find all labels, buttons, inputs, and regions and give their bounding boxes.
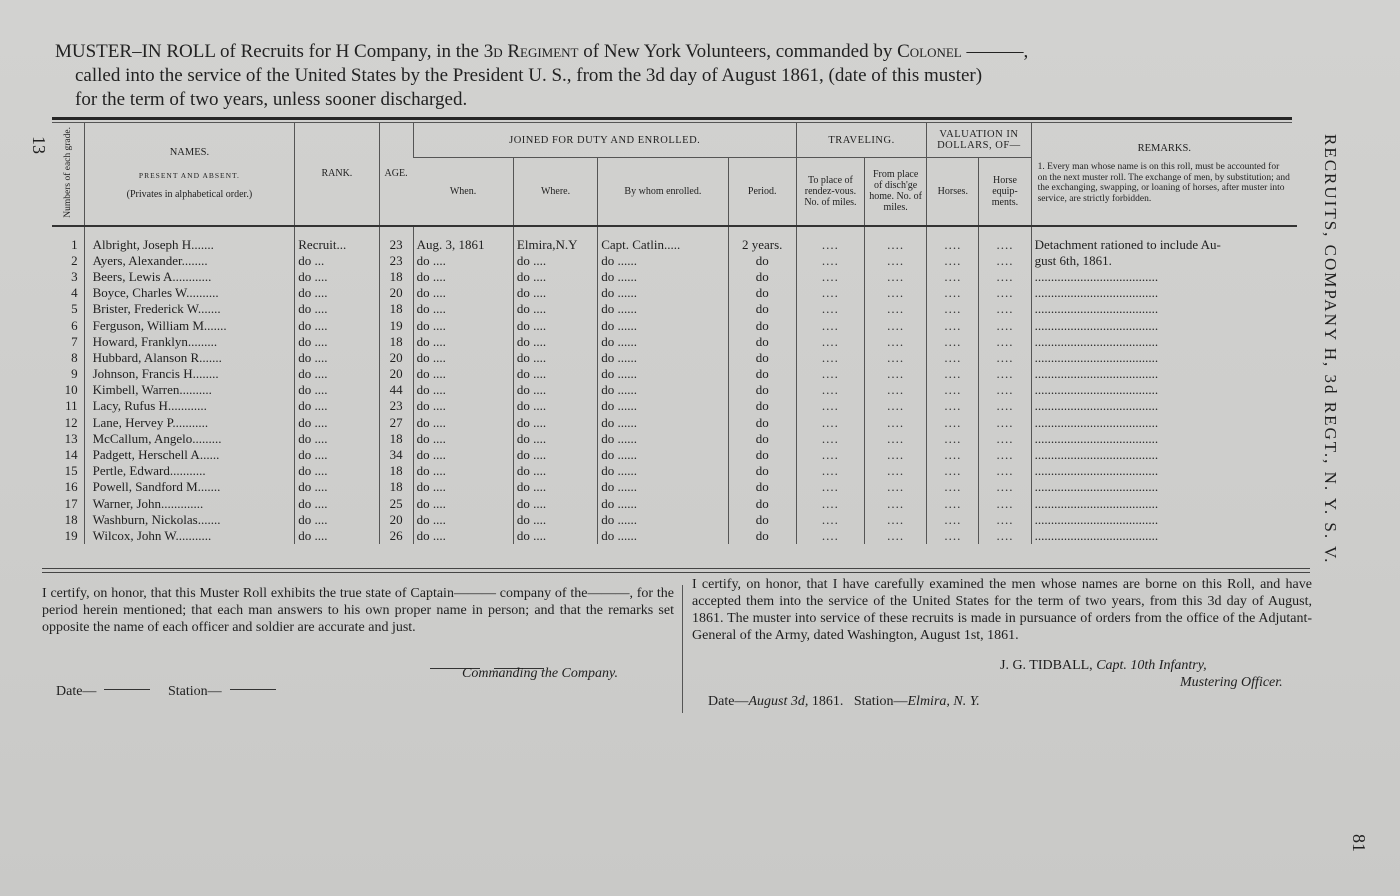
remarks-cell: ...................................... (1031, 382, 1297, 398)
horses-cell: .... (927, 479, 979, 495)
period-cell: do (728, 415, 796, 431)
rank-cell: do .... (295, 479, 379, 495)
title-text: of New York Volunteers, commanded by (579, 41, 898, 62)
soldier-name: Powell, Sandford M....... (84, 479, 295, 495)
where-cell: do .... (513, 479, 597, 495)
where-cell: Elmira,N.Y (513, 226, 597, 253)
from-place-cell: .... (865, 447, 927, 463)
enrolled-by-cell: do ...... (598, 317, 728, 333)
row-number: 2 (52, 253, 84, 269)
table-row: 15Pertle, Edward...........do ....18do .… (52, 463, 1297, 479)
to-place-cell: .... (796, 382, 864, 398)
table-bottom-rule-2 (42, 572, 1310, 573)
soldier-name: Kimbell, Warren.......... (84, 382, 295, 398)
table-row: 17Warner, John.............do ....25do .… (52, 496, 1297, 512)
enrolled-by-cell: do ...... (598, 301, 728, 317)
from-place-cell: .... (865, 496, 927, 512)
remarks-cell: ...................................... (1031, 285, 1297, 301)
horses-cell: .... (927, 334, 979, 350)
period-cell: do (728, 528, 796, 544)
from-place-cell: .... (865, 301, 927, 317)
when-cell: do .... (413, 301, 513, 317)
document-page: MUSTER–IN ROLL of Recruits for H Company… (0, 0, 1400, 896)
remarks-cell: gust 6th, 1861. (1031, 253, 1297, 269)
rank-cell: do .... (295, 382, 379, 398)
soldier-name: Washburn, Nickolas....... (84, 512, 295, 528)
remarks-cell: ...................................... (1031, 398, 1297, 414)
remarks-cell: ...................................... (1031, 269, 1297, 285)
period-cell: 2 years. (728, 226, 796, 253)
table-row: 11Lacy, Rufus H............do ....23do .… (52, 398, 1297, 414)
row-number: 7 (52, 334, 84, 350)
from-place-cell: .... (865, 415, 927, 431)
horse-equipment-cell: .... (979, 415, 1031, 431)
page-title: MUSTER–IN ROLL of Recruits for H Company… (55, 40, 1295, 112)
period-cell: do (728, 496, 796, 512)
header-remarks: REMARKS. 1. Every man whose name is on t… (1031, 123, 1297, 226)
from-place-cell: .... (865, 350, 927, 366)
period-cell: do (728, 285, 796, 301)
header-number: Numbers of each grade. (52, 123, 84, 226)
soldier-name: Brister, Frederick W....... (84, 301, 295, 317)
from-place-cell: .... (865, 398, 927, 414)
enrolled-by-cell: do ...... (598, 447, 728, 463)
row-number: 17 (52, 496, 84, 512)
row-number: 14 (52, 447, 84, 463)
to-place-cell: .... (796, 350, 864, 366)
period-cell: do (728, 512, 796, 528)
age-cell: 27 (379, 415, 413, 431)
horse-equipment-cell: .... (979, 317, 1031, 333)
table-row: 3Beers, Lewis A............do ....18do .… (52, 269, 1297, 285)
period-cell: do (728, 398, 796, 414)
age-cell: 18 (379, 269, 413, 285)
horses-cell: .... (927, 253, 979, 269)
row-number: 13 (52, 431, 84, 447)
header-by-whom: By whom enrolled. (598, 158, 728, 226)
age-cell: 20 (379, 366, 413, 382)
table-row: 8Hubbard, Alanson R.......do ....20do ..… (52, 350, 1297, 366)
horses-cell: .... (927, 447, 979, 463)
row-number: 9 (52, 366, 84, 382)
soldier-name: Albright, Joseph H....... (84, 226, 295, 253)
header-horse-equipments: Horse equip-ments. (979, 158, 1031, 226)
age-cell: 23 (379, 398, 413, 414)
left-page-number: 13 (28, 136, 49, 154)
when-cell: Aug. 3, 1861 (413, 226, 513, 253)
to-place-cell: .... (796, 496, 864, 512)
mustering-officer-role: Mustering Officer. (1180, 675, 1283, 691)
to-place-cell: .... (796, 415, 864, 431)
period-cell: do (728, 479, 796, 495)
to-place-cell: .... (796, 269, 864, 285)
age-cell: 44 (379, 382, 413, 398)
header-traveling-group: TRAVELING. (796, 123, 926, 158)
when-cell: do .... (413, 431, 513, 447)
where-cell: do .... (513, 317, 597, 333)
when-cell: do .... (413, 512, 513, 528)
to-place-cell: .... (796, 431, 864, 447)
when-cell: do .... (413, 463, 513, 479)
remarks-cell: ...................................... (1031, 301, 1297, 317)
header-valuation-group: VALUATION IN DOLLARS, OF— (927, 123, 1031, 158)
header-when: When. (413, 158, 513, 226)
enrolled-by-cell: do ...... (598, 398, 728, 414)
when-cell: do .... (413, 382, 513, 398)
to-place-cell: .... (796, 479, 864, 495)
horses-cell: .... (927, 350, 979, 366)
remarks-cell: ...................................... (1031, 334, 1297, 350)
soldier-name: Howard, Franklyn......... (84, 334, 295, 350)
rank-cell: Recruit... (295, 226, 379, 253)
horses-cell: .... (927, 317, 979, 333)
row-number: 6 (52, 317, 84, 333)
when-cell: do .... (413, 479, 513, 495)
soldier-name: McCallum, Angelo......... (84, 431, 295, 447)
horses-cell: .... (927, 269, 979, 285)
table-row: 19Wilcox, John W...........do ....26do .… (52, 528, 1297, 544)
to-place-cell: .... (796, 398, 864, 414)
age-cell: 23 (379, 253, 413, 269)
enrolled-by-cell: Capt. Catlin..... (598, 226, 728, 253)
where-cell: do .... (513, 496, 597, 512)
soldier-name: Hubbard, Alanson R....... (84, 350, 295, 366)
table-row: 10Kimbell, Warren..........do ....44do .… (52, 382, 1297, 398)
soldier-name: Lane, Hervey P........... (84, 415, 295, 431)
rank-cell: do .... (295, 431, 379, 447)
enrolled-by-cell: do ...... (598, 285, 728, 301)
from-place-cell: .... (865, 366, 927, 382)
row-number: 10 (52, 382, 84, 398)
enrolled-by-cell: do ...... (598, 463, 728, 479)
header-age: AGE. (379, 123, 413, 226)
from-place-cell: .... (865, 253, 927, 269)
title-line-2: called into the service of the United St… (55, 64, 1295, 88)
age-cell: 20 (379, 285, 413, 301)
to-place-cell: .... (796, 512, 864, 528)
table-bottom-rule (42, 568, 1310, 569)
title-text: MUSTER–IN ROLL of Recruits for H Company… (55, 41, 484, 62)
enrolled-by-cell: do ...... (598, 528, 728, 544)
when-cell: do .... (413, 496, 513, 512)
remarks-cell: ...................................... (1031, 528, 1297, 544)
horses-cell: .... (927, 415, 979, 431)
soldier-name: Boyce, Charles W.......... (84, 285, 295, 301)
period-cell: do (728, 366, 796, 382)
table-row: 4Boyce, Charles W..........do ....20do .… (52, 285, 1297, 301)
soldier-name: Pertle, Edward........... (84, 463, 295, 479)
to-place-cell: .... (796, 334, 864, 350)
mustering-certification: I certify, on honor, that I have careful… (692, 576, 1312, 644)
to-place-cell: .... (796, 253, 864, 269)
title-colonel: Colonel (897, 41, 962, 62)
enrolled-by-cell: do ...... (598, 366, 728, 382)
table-row: 9Johnson, Francis H........do ....20do .… (52, 366, 1297, 382)
rank-cell: do .... (295, 528, 379, 544)
enrolled-by-cell: do ...... (598, 496, 728, 512)
age-cell: 18 (379, 301, 413, 317)
where-cell: do .... (513, 463, 597, 479)
age-cell: 34 (379, 447, 413, 463)
horses-cell: .... (927, 496, 979, 512)
remarks-cell: ...................................... (1031, 463, 1297, 479)
row-number: 18 (52, 512, 84, 528)
soldier-name: Ayers, Alexander........ (84, 253, 295, 269)
age-cell: 18 (379, 479, 413, 495)
header-joined-group: JOINED FOR DUTY AND ENROLLED. (413, 123, 796, 158)
table-row: 5Brister, Frederick W.......do ....18do … (52, 301, 1297, 317)
rank-cell: do .... (295, 512, 379, 528)
where-cell: do .... (513, 334, 597, 350)
from-place-cell: .... (865, 479, 927, 495)
from-place-cell: .... (865, 334, 927, 350)
remarks-cell: ...................................... (1031, 512, 1297, 528)
horse-equipment-cell: .... (979, 512, 1031, 528)
horses-cell: .... (927, 463, 979, 479)
rank-cell: do .... (295, 269, 379, 285)
header-from-place: From place of disch'ge home. No. of mile… (865, 158, 927, 226)
enrolled-by-cell: do ...... (598, 431, 728, 447)
rank-cell: do .... (295, 366, 379, 382)
to-place-cell: .... (796, 285, 864, 301)
remarks-cell: ...................................... (1031, 431, 1297, 447)
horse-equipment-cell: .... (979, 463, 1031, 479)
header-period: Period. (728, 158, 796, 226)
age-cell: 26 (379, 528, 413, 544)
when-cell: do .... (413, 334, 513, 350)
remarks-cell: Detachment rationed to include Au- (1031, 226, 1297, 253)
table-row: 1Albright, Joseph H.......Recruit...23Au… (52, 226, 1297, 253)
enrolled-by-cell: do ...... (598, 479, 728, 495)
horse-equipment-cell: .... (979, 285, 1031, 301)
horses-cell: .... (927, 398, 979, 414)
table-row: 6Ferguson, William M.......do ....19do .… (52, 317, 1297, 333)
from-place-cell: .... (865, 382, 927, 398)
horse-equipment-cell: .... (979, 301, 1031, 317)
horse-equipment-cell: .... (979, 350, 1031, 366)
to-place-cell: .... (796, 317, 864, 333)
remarks-cell: ...................................... (1031, 415, 1297, 431)
remarks-cell: ...................................... (1031, 366, 1297, 382)
when-cell: do .... (413, 269, 513, 285)
table-row: 16Powell, Sandford M.......do ....18do .… (52, 479, 1297, 495)
to-place-cell: .... (796, 226, 864, 253)
age-cell: 25 (379, 496, 413, 512)
period-cell: do (728, 431, 796, 447)
row-number: 12 (52, 415, 84, 431)
horses-cell: .... (927, 301, 979, 317)
rank-cell: do .... (295, 334, 379, 350)
period-cell: do (728, 463, 796, 479)
horse-equipment-cell: .... (979, 528, 1031, 544)
rank-cell: do .... (295, 285, 379, 301)
where-cell: do .... (513, 415, 597, 431)
horse-equipment-cell: .... (979, 269, 1031, 285)
rank-cell: do .... (295, 447, 379, 463)
horses-cell: .... (927, 285, 979, 301)
period-cell: do (728, 301, 796, 317)
horses-cell: .... (927, 366, 979, 382)
age-cell: 20 (379, 512, 413, 528)
rank-cell: do .... (295, 463, 379, 479)
row-number: 11 (52, 398, 84, 414)
age-cell: 19 (379, 317, 413, 333)
age-cell: 23 (379, 226, 413, 253)
soldier-name: Lacy, Rufus H............ (84, 398, 295, 414)
rank-cell: do .... (295, 398, 379, 414)
when-cell: do .... (413, 528, 513, 544)
enrolled-by-cell: do ...... (598, 253, 728, 269)
horses-cell: .... (927, 431, 979, 447)
remarks-cell: ...................................... (1031, 350, 1297, 366)
soldier-name: Johnson, Francis H........ (84, 366, 295, 382)
row-number: 19 (52, 528, 84, 544)
table-row: 13McCallum, Angelo.........do ....18do .… (52, 431, 1297, 447)
age-cell: 18 (379, 334, 413, 350)
rank-cell: do ... (295, 253, 379, 269)
company-certification: I certify, on honor, that this Muster Ro… (42, 585, 674, 636)
soldier-name: Beers, Lewis A............ (84, 269, 295, 285)
where-cell: do .... (513, 269, 597, 285)
header-where: Where. (513, 158, 597, 226)
horse-equipment-cell: .... (979, 382, 1031, 398)
title-regiment: 3d Regiment (484, 41, 579, 62)
header-to-place: To place of rendez-vous. No. of miles. (796, 158, 864, 226)
horse-equipment-cell: .... (979, 431, 1031, 447)
table-row: 18Washburn, Nickolas.......do ....20do .… (52, 512, 1297, 528)
from-place-cell: .... (865, 463, 927, 479)
horses-cell: .... (927, 512, 979, 528)
to-place-cell: .... (796, 463, 864, 479)
enrolled-by-cell: do ...... (598, 334, 728, 350)
when-cell: do .... (413, 366, 513, 382)
row-number: 4 (52, 285, 84, 301)
from-place-cell: .... (865, 431, 927, 447)
age-cell: 20 (379, 350, 413, 366)
muster-roll-table: Numbers of each grade. NAMES. PRESENT AN… (52, 123, 1297, 544)
soldier-name: Wilcox, John W........... (84, 528, 295, 544)
from-place-cell: .... (865, 317, 927, 333)
enrolled-by-cell: do ...... (598, 269, 728, 285)
when-cell: do .... (413, 350, 513, 366)
period-cell: do (728, 317, 796, 333)
when-cell: do .... (413, 285, 513, 301)
where-cell: do .... (513, 285, 597, 301)
where-cell: do .... (513, 301, 597, 317)
when-cell: do .... (413, 317, 513, 333)
horse-equipment-cell: .... (979, 398, 1031, 414)
where-cell: do .... (513, 431, 597, 447)
to-place-cell: .... (796, 366, 864, 382)
horse-equipment-cell: .... (979, 226, 1031, 253)
remarks-cell: ...................................... (1031, 447, 1297, 463)
from-place-cell: .... (865, 226, 927, 253)
left-date-station: Date— Station— (56, 684, 290, 700)
horse-equipment-cell: .... (979, 334, 1031, 350)
where-cell: do .... (513, 528, 597, 544)
table-row: 12Lane, Hervey P...........do ....27do .… (52, 415, 1297, 431)
rank-cell: do .... (295, 301, 379, 317)
period-cell: do (728, 269, 796, 285)
title-rule (52, 117, 1292, 120)
rank-cell: do .... (295, 317, 379, 333)
period-cell: do (728, 350, 796, 366)
row-number: 1 (52, 226, 84, 253)
where-cell: do .... (513, 253, 597, 269)
when-cell: do .... (413, 253, 513, 269)
remarks-cell: ...................................... (1031, 479, 1297, 495)
where-cell: do .... (513, 447, 597, 463)
page-number: 81 (1348, 834, 1369, 852)
horse-equipment-cell: .... (979, 496, 1031, 512)
horse-equipment-cell: .... (979, 479, 1031, 495)
where-cell: do .... (513, 512, 597, 528)
where-cell: do .... (513, 382, 597, 398)
right-date-station: Date—August 3d, 1861. Station—Elmira, N.… (708, 694, 980, 710)
row-number: 8 (52, 350, 84, 366)
horse-equipment-cell: .... (979, 447, 1031, 463)
row-number: 3 (52, 269, 84, 285)
when-cell: do .... (413, 415, 513, 431)
table-row: 2Ayers, Alexander........do ...23do ....… (52, 253, 1297, 269)
row-number: 15 (52, 463, 84, 479)
age-cell: 18 (379, 463, 413, 479)
from-place-cell: .... (865, 528, 927, 544)
soldier-name: Padgett, Herschell A...... (84, 447, 295, 463)
rank-cell: do .... (295, 350, 379, 366)
from-place-cell: .... (865, 285, 927, 301)
horses-cell: .... (927, 528, 979, 544)
when-cell: do .... (413, 398, 513, 414)
enrolled-by-cell: do ...... (598, 512, 728, 528)
header-rank: RANK. (295, 123, 379, 226)
horses-cell: .... (927, 382, 979, 398)
signature-caption: Commanding the Company. (462, 666, 618, 682)
running-head: RECRUITS, COMPANY H, 3d REGT., N. Y. S. … (1320, 134, 1340, 564)
horse-equipment-cell: .... (979, 366, 1031, 382)
row-number: 16 (52, 479, 84, 495)
remarks-cell: ...................................... (1031, 496, 1297, 512)
where-cell: do .... (513, 398, 597, 414)
table-row: 7Howard, Franklyn.........do ....18do ..… (52, 334, 1297, 350)
from-place-cell: .... (865, 512, 927, 528)
soldier-name: Warner, John............. (84, 496, 295, 512)
enrolled-by-cell: do ...... (598, 415, 728, 431)
period-cell: do (728, 253, 796, 269)
mustering-officer-signature: J. G. TIDBALL, Capt. 10th Infantry, (1000, 658, 1207, 674)
when-cell: do .... (413, 447, 513, 463)
horse-equipment-cell: .... (979, 253, 1031, 269)
to-place-cell: .... (796, 301, 864, 317)
age-cell: 18 (379, 431, 413, 447)
period-cell: do (728, 334, 796, 350)
enrolled-by-cell: do ...... (598, 350, 728, 366)
header-names: NAMES. PRESENT AND ABSENT. (Privates in … (84, 123, 295, 226)
where-cell: do .... (513, 350, 597, 366)
certification-divider (682, 585, 683, 713)
to-place-cell: .... (796, 528, 864, 544)
remarks-cell: ...................................... (1031, 317, 1297, 333)
title-line-3: for the term of two years, unless sooner… (55, 88, 1295, 112)
row-number: 5 (52, 301, 84, 317)
period-cell: do (728, 447, 796, 463)
rank-cell: do .... (295, 496, 379, 512)
to-place-cell: .... (796, 447, 864, 463)
title-text: ———, (962, 41, 1029, 62)
horses-cell: .... (927, 226, 979, 253)
where-cell: do .... (513, 366, 597, 382)
table-row: 14Padgett, Herschell A......do ....34do … (52, 447, 1297, 463)
